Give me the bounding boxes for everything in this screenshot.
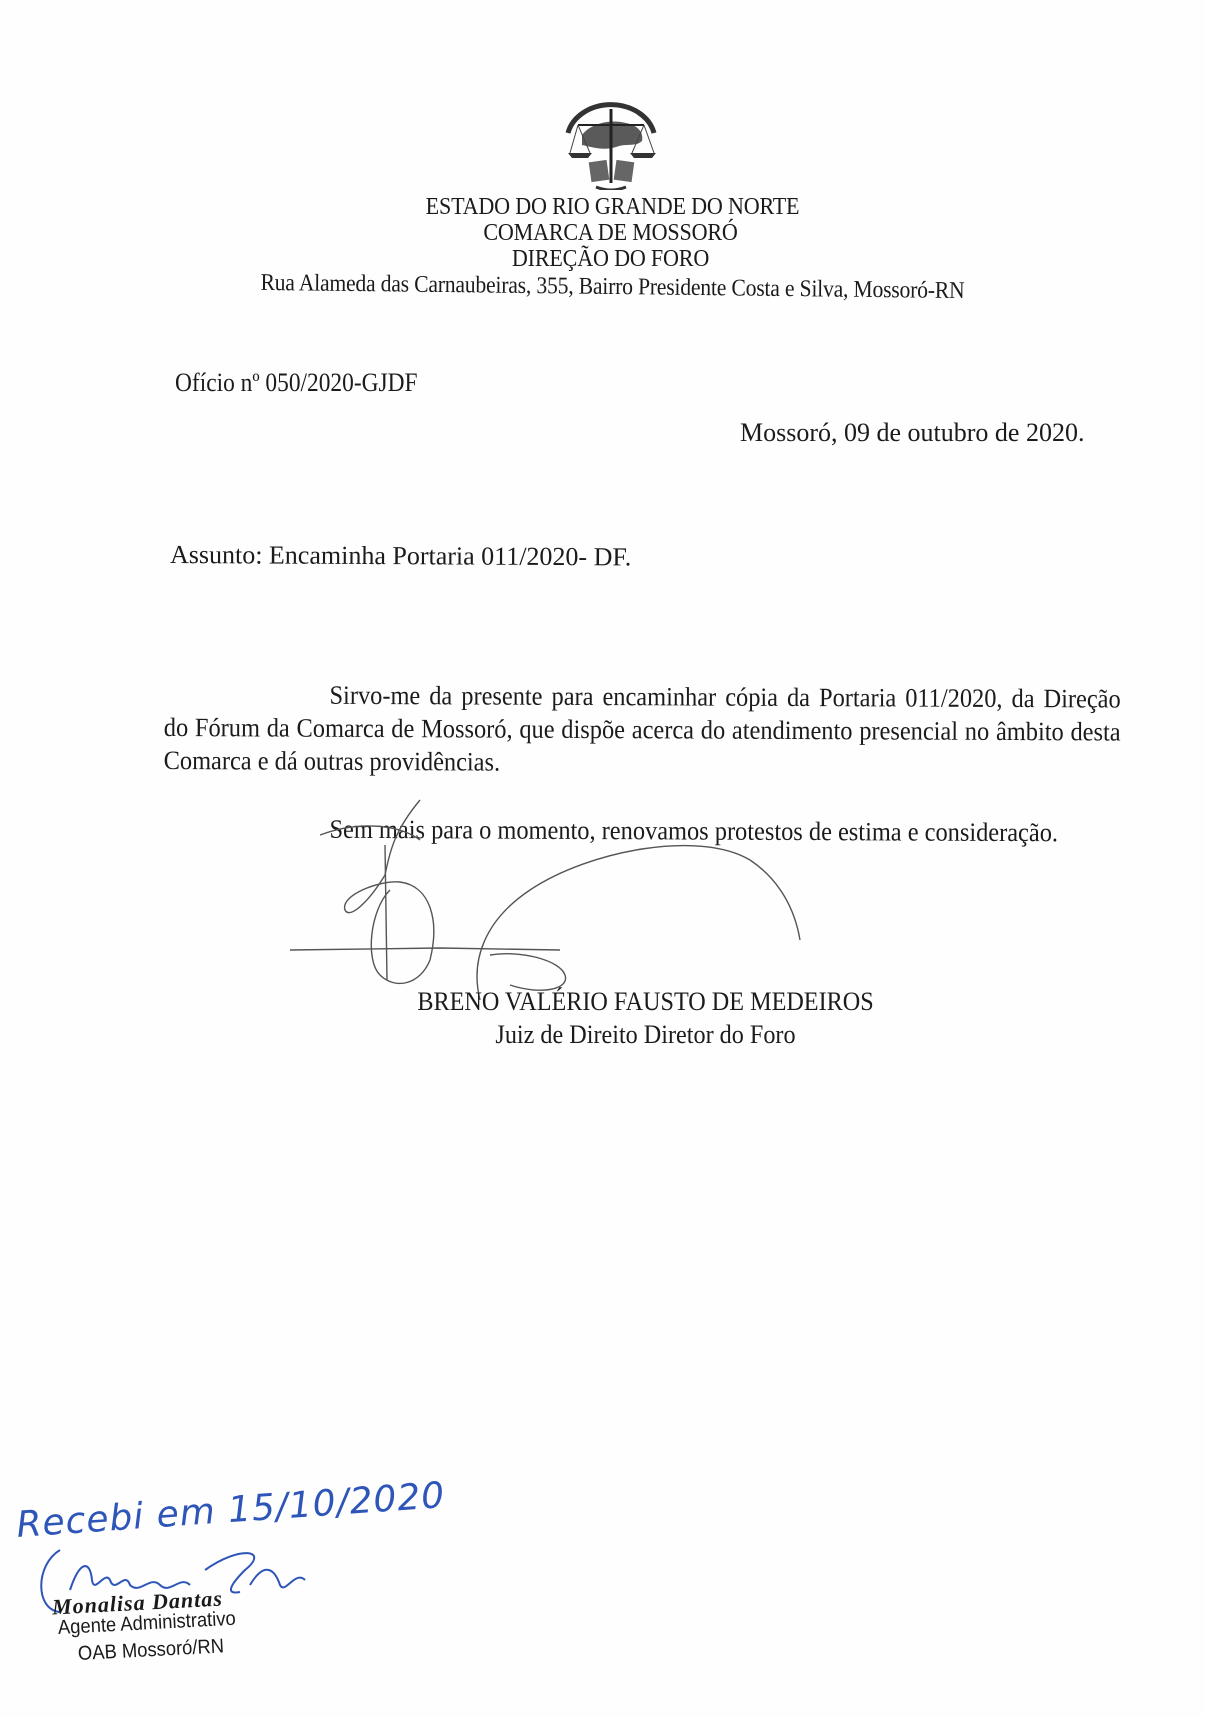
receipt-handwritten-note: Recebi em 15/10/2020 (15, 1475, 446, 1546)
body-paragraph: Sirvo-me da presente para encaminhar cóp… (164, 678, 1121, 782)
place-date: Mossoró, 09 de outubro de 2020. (740, 418, 1084, 448)
closing-paragraph-text: Sem mais para o momento, renovamos prote… (329, 814, 1058, 847)
letterhead-address: Rua Alameda das Carnaubeiras, 355, Bairr… (70, 268, 1155, 308)
letter-reference: Ofício nº 050/2020-GJDF (175, 368, 418, 398)
letter-subject: Assunto: Encaminha Portaria 011/2020- DF… (170, 540, 631, 572)
stamp-organization: OAB Mossoró/RN (77, 1635, 224, 1666)
signatory-title: Juiz de Direito Diretor do Foro (85, 1020, 1205, 1050)
scales-of-justice-emblem-icon (556, 95, 666, 190)
document-page: ESTADO DO RIO GRANDE DO NORTE COMARCA DE… (0, 0, 1205, 1717)
letterhead-district: COMARCA DE MOSSORÓ (56, 220, 1165, 247)
letterhead-state: ESTADO DO RIO GRANDE DO NORTE (58, 194, 1167, 221)
body-paragraph-text: Sirvo-me da presente para encaminhar cóp… (164, 680, 1121, 777)
signatory-name: BRENO VALÉRIO FAUSTO DE MEDEIROS (85, 987, 1205, 1017)
closing-paragraph: Sem mais para o momento, renovamos prote… (164, 812, 1121, 850)
